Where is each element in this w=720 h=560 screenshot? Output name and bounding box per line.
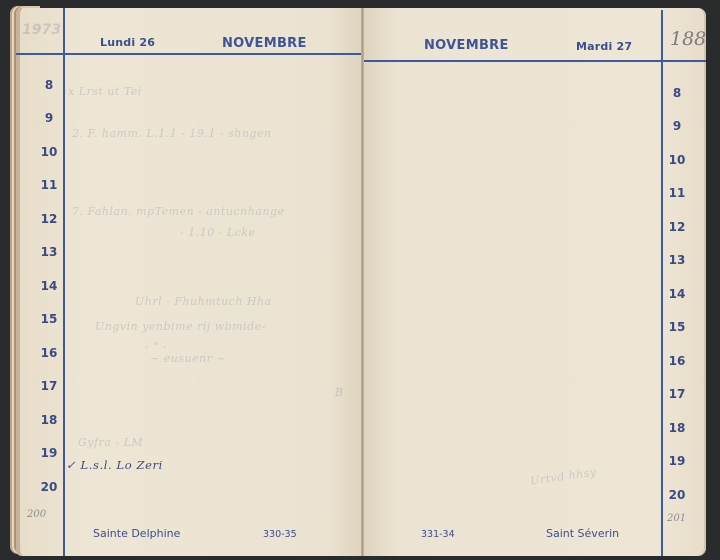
right-day-label: Mardi 27: [576, 40, 632, 53]
hour-label: 19: [34, 446, 64, 460]
hour-label: 8: [662, 86, 692, 100]
hour-label: 15: [662, 320, 692, 334]
left-day-label: Lundi 26: [100, 36, 155, 49]
left-day-count: 330-35: [263, 529, 297, 540]
right-saint-name: Saint Séverin: [546, 527, 619, 540]
hour-label: 20: [662, 488, 692, 502]
hour-label: 13: [662, 253, 692, 267]
faded-note: B: [335, 386, 344, 399]
hour-label: 17: [34, 379, 64, 393]
hour-label: 10: [34, 145, 64, 159]
faded-note: ~ eusuenr ~: [150, 352, 226, 365]
hour-label: 18: [662, 421, 692, 435]
hour-label: 14: [34, 279, 64, 293]
open-diary: 1973 Lundi 26 NOVEMBRE 8 9 10 11 12 13 1…: [0, 0, 720, 560]
hour-label: 10: [662, 153, 692, 167]
right-pencil-number: 201: [667, 513, 686, 524]
faded-note: Uhrl - Fhuhmtuch Hha: [135, 295, 272, 308]
faded-note: 2. F. hamm. L.1.1 - 19.1 - shngen: [72, 127, 272, 140]
hour-label: 11: [662, 186, 692, 200]
hour-label: 17: [662, 387, 692, 401]
right-page-number: 188: [670, 28, 706, 50]
right-day-count: 331-34: [421, 529, 455, 540]
hour-label: 15: [34, 312, 64, 326]
left-pencil-number: 200: [27, 509, 46, 520]
right-header-rule: [364, 60, 706, 62]
hour-label: 19: [662, 454, 692, 468]
hour-label: 9: [34, 111, 64, 125]
faded-note: 7. Fahlan. mpTemen - antucnhange: [72, 205, 285, 218]
faded-note: Ungvin yenbime rij wbmide-: [95, 320, 266, 333]
faded-note: - 1.10 - Lcke: [180, 226, 256, 239]
hour-label: 8: [34, 78, 64, 92]
faded-note: x Lrst ut Tei: [68, 85, 142, 98]
hour-label: 20: [34, 480, 64, 494]
hour-label: 12: [662, 220, 692, 234]
hour-label: 14: [662, 287, 692, 301]
hour-label: 13: [34, 245, 64, 259]
left-ghost-page-number: 1973: [22, 22, 61, 38]
hour-label: 11: [34, 178, 64, 192]
left-month-label: NOVEMBRE: [222, 36, 307, 51]
right-month-label: NOVEMBRE: [424, 38, 509, 53]
hour-label: 18: [34, 413, 64, 427]
hour-label: 9: [662, 119, 692, 133]
handwritten-ink-note: ✓ L.s.l. Lo Zeri: [66, 458, 163, 472]
faded-note: Gyfra - LM: [78, 436, 143, 449]
left-saint-name: Sainte Delphine: [93, 527, 180, 540]
hour-label: 12: [34, 212, 64, 226]
hour-label: 16: [662, 354, 692, 368]
left-header-rule: [16, 53, 362, 55]
hour-label: 16: [34, 346, 64, 360]
